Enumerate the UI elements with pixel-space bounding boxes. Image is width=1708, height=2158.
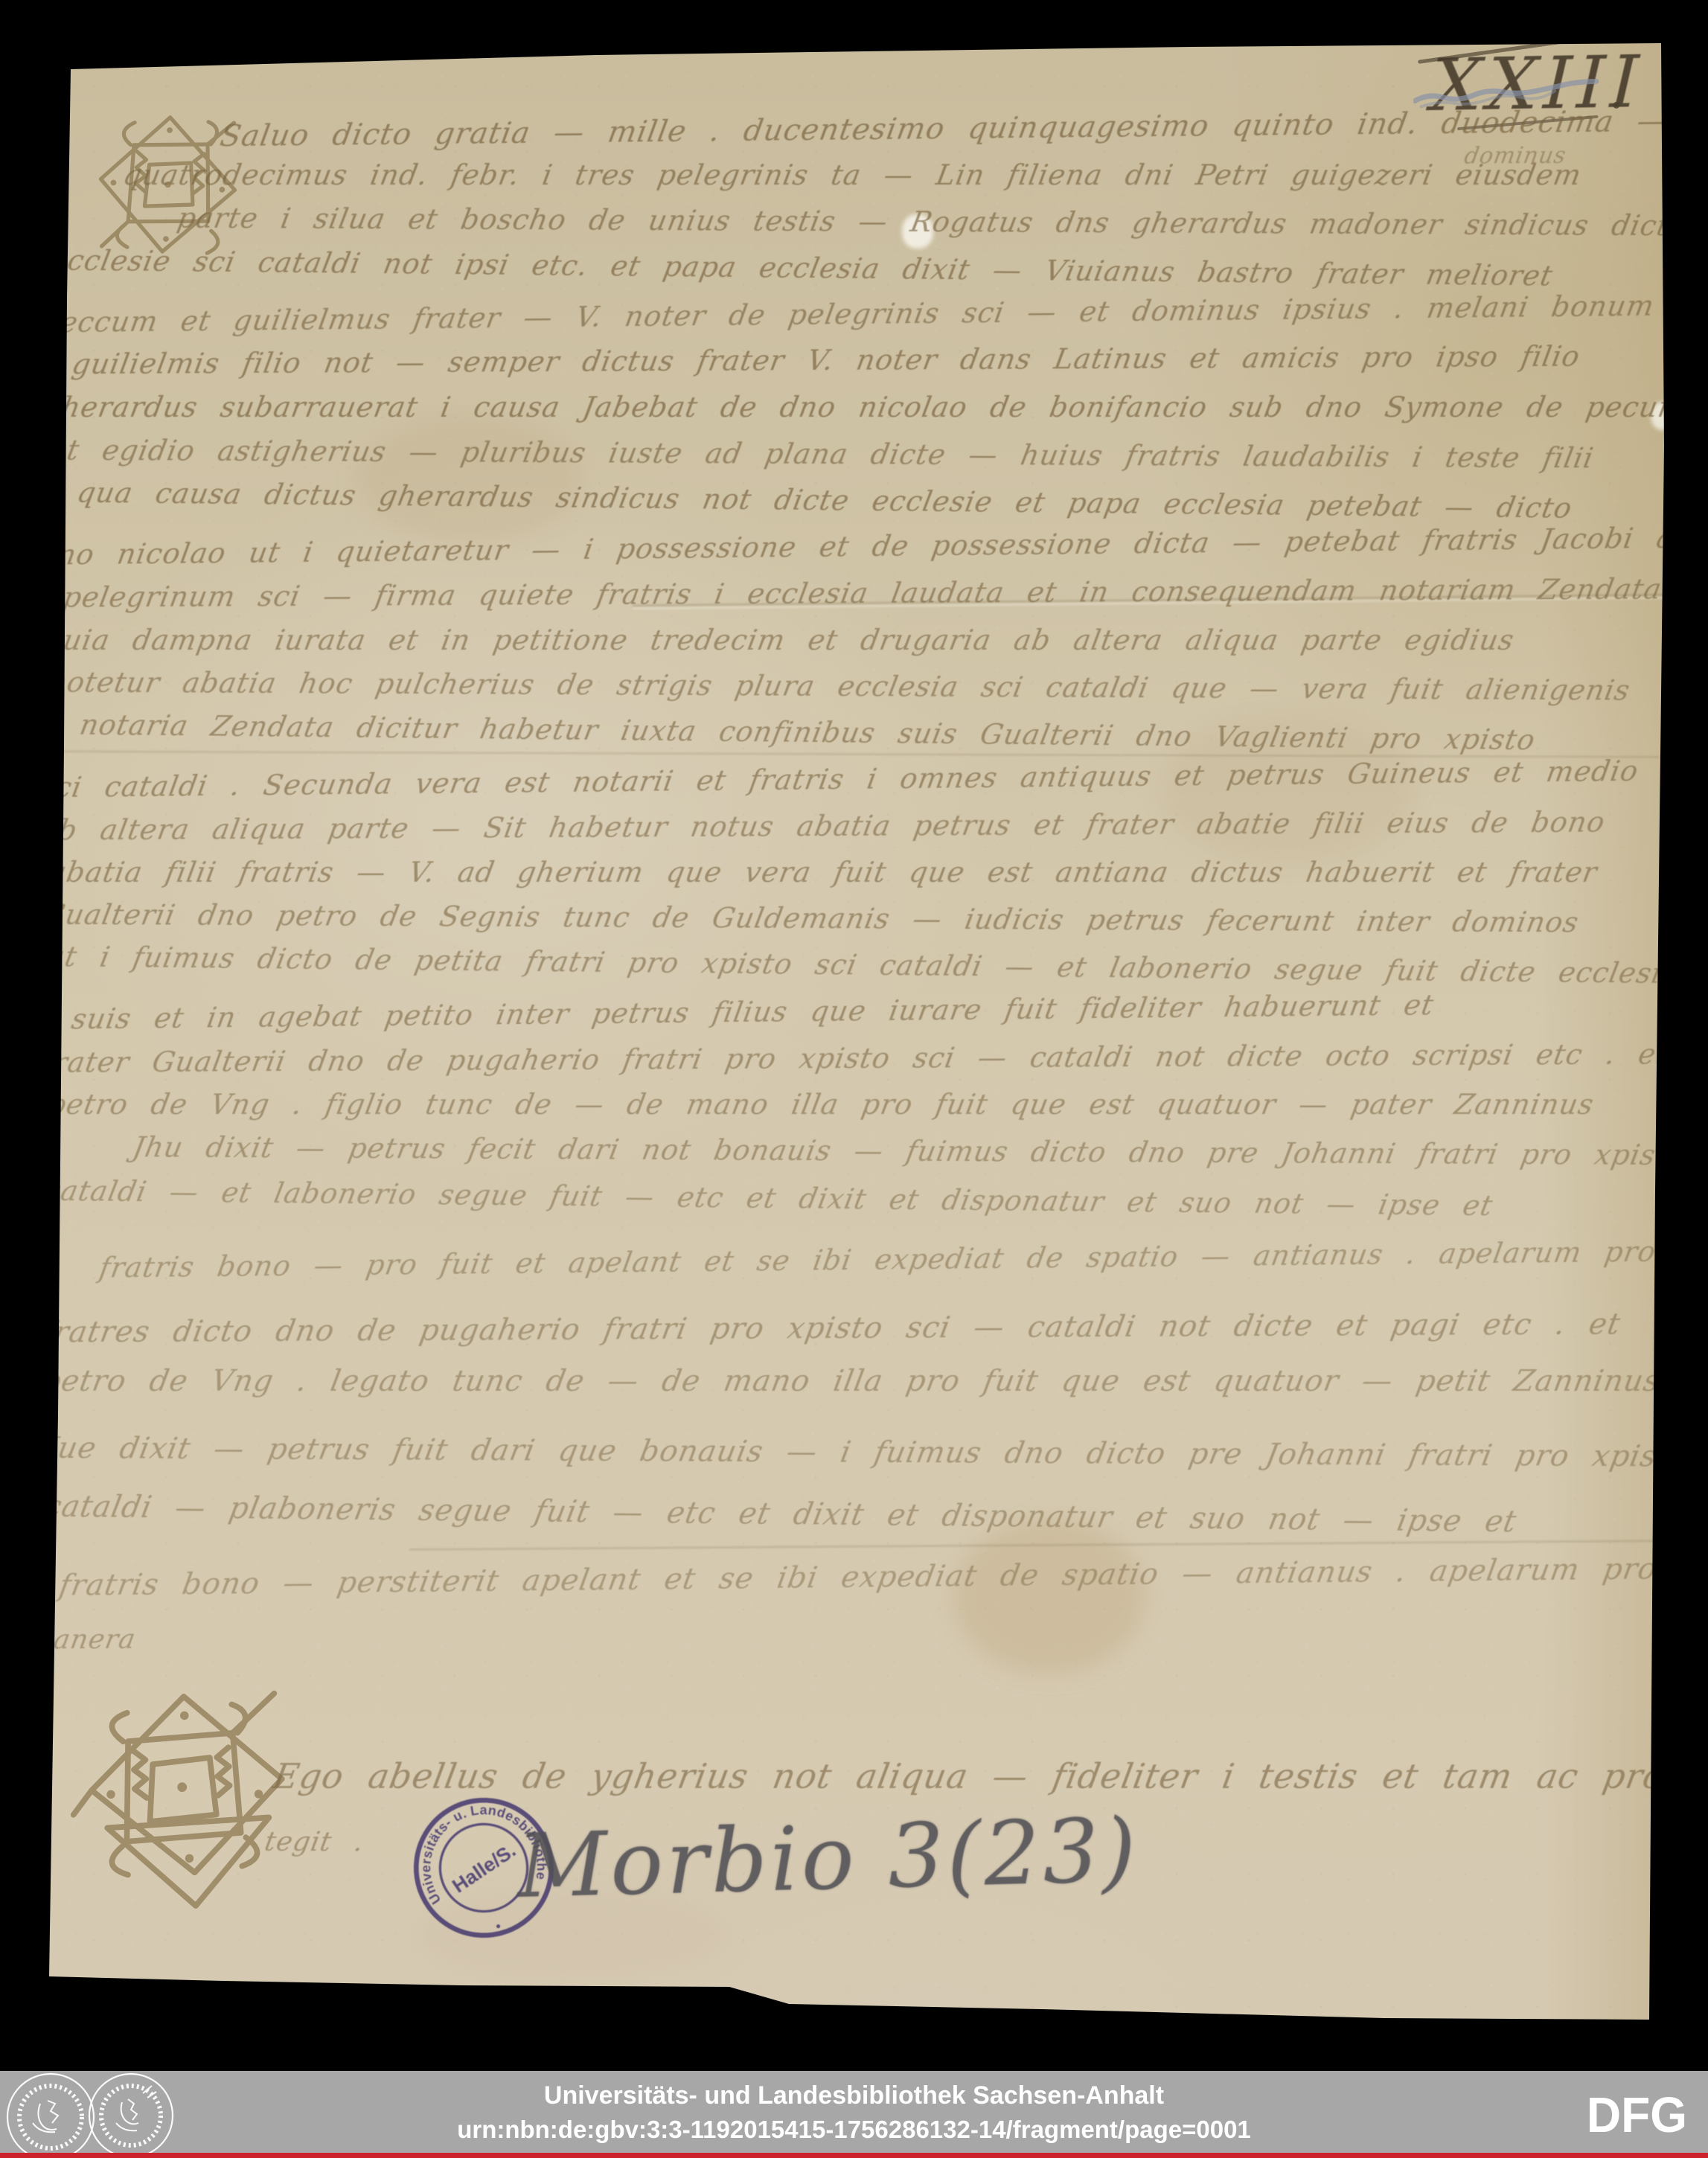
dfg-logo: DFG <box>1587 2086 1687 2144</box>
manuscript-line: ut i fuimus dicto de petita fratri pro x… <box>43 940 1708 990</box>
manuscript-line: i suis et in agebat petito inter petrus … <box>36 988 1436 1036</box>
manuscript-line: parte i silua et boscho de unius testis … <box>175 202 1689 243</box>
manuscript-line: Jue dixit — petrus fuit dari que bonauis… <box>42 1431 1708 1474</box>
manuscript-line: quia dampna iurata et in petitione trede… <box>42 624 1517 656</box>
manuscript-line: fratris bono — perstiterit apelant et se… <box>57 1551 1708 1603</box>
manuscript-line: quatrodecimus ind. febr. i tres pelegrin… <box>121 159 1584 191</box>
manuscript-line: notaria Zendata dicitur habetur iuxta co… <box>77 708 1538 757</box>
manuscript-line: frater Gualterii dno de pugaherio fratri… <box>39 1037 1671 1078</box>
footer-urn: urn:nbn:de:gbv:3:3-1192015415-1756286132… <box>0 2116 1708 2144</box>
manuscript-line: beccum et guilielmus frater — V. noter d… <box>39 289 1657 339</box>
manuscript-line: notetur abatia hoc pulcherius de strigis… <box>45 665 1633 706</box>
manuscript-line: dno nicolao ut i quietaretur — i possess… <box>36 521 1696 571</box>
footer-accent-strip <box>0 2153 1708 2158</box>
manuscript-line: tegit . <box>262 1827 366 1858</box>
manuscript-line: ab altera aliqua parte — Sit habetur not… <box>38 806 1608 847</box>
manuscript-line: petro de Vng . figlio tunc de — de mano … <box>45 1088 1596 1121</box>
notary-sign-bottom-icon <box>64 1680 310 1933</box>
manuscript-line: cataldi — plaboneris segue fuit — etc et… <box>42 1490 1520 1540</box>
manuscript-line: i qua causa dictus gherardus sindicus no… <box>42 476 1575 525</box>
manuscript-line: sci cataldi . Secunda vera est notarii e… <box>37 755 1641 804</box>
footer-bar: Universitäts- und Landesbibliothek Sachs… <box>0 2071 1708 2158</box>
manuscript-line: gherardus subarrauerat i causa Jabebat d… <box>40 391 1708 423</box>
footer-library-name: Universitäts- und Landesbibliothek Sachs… <box>0 2081 1708 2110</box>
scanned-page: XXIII <box>0 0 1708 2158</box>
ink-layer: XXIII <box>0 0 1708 2158</box>
manuscript-line: fratres dicto dno de pugaherio fratri pr… <box>39 1307 1623 1349</box>
manuscript-line: ecclesie sci cataldi not ipsi etc. et pa… <box>48 243 1556 292</box>
manuscript-line: i guilielmis filio not — semper dictus f… <box>36 340 1582 381</box>
parchment-sheet: XXIII <box>0 0 1708 2158</box>
stamp-center-text: Halle/S. <box>448 1839 519 1897</box>
manuscript-line: petro de Vng . legato tunc de — de mano … <box>39 1364 1663 1398</box>
manuscript-line: abatia filii fratris — V. ad gherium que… <box>46 856 1600 889</box>
manuscript-line: pelegrinum sci — firma quiete fratris i … <box>60 572 1664 613</box>
manuscript-line: Gualterii dno petro de Segnis tunc de Gu… <box>39 898 1581 939</box>
manuscript-line: Saluo dicto gratia — mille . ducentesimo… <box>217 104 1670 153</box>
manuscript-line: lanera <box>42 1624 138 1656</box>
manuscript-line: fratris bono — pro fuit et apelant et se… <box>97 1234 1708 1284</box>
pencil-shelfmark: Morbio 3(23) <box>516 1799 1140 1918</box>
manuscript-line: et egidio astigherius — pluribus iuste a… <box>47 434 1596 475</box>
manuscript-line: Jhu dixit — petrus fecit dari not bonaui… <box>130 1130 1708 1171</box>
manuscript-line: cataldi — et labonerio segue fuit — etc … <box>42 1174 1496 1222</box>
